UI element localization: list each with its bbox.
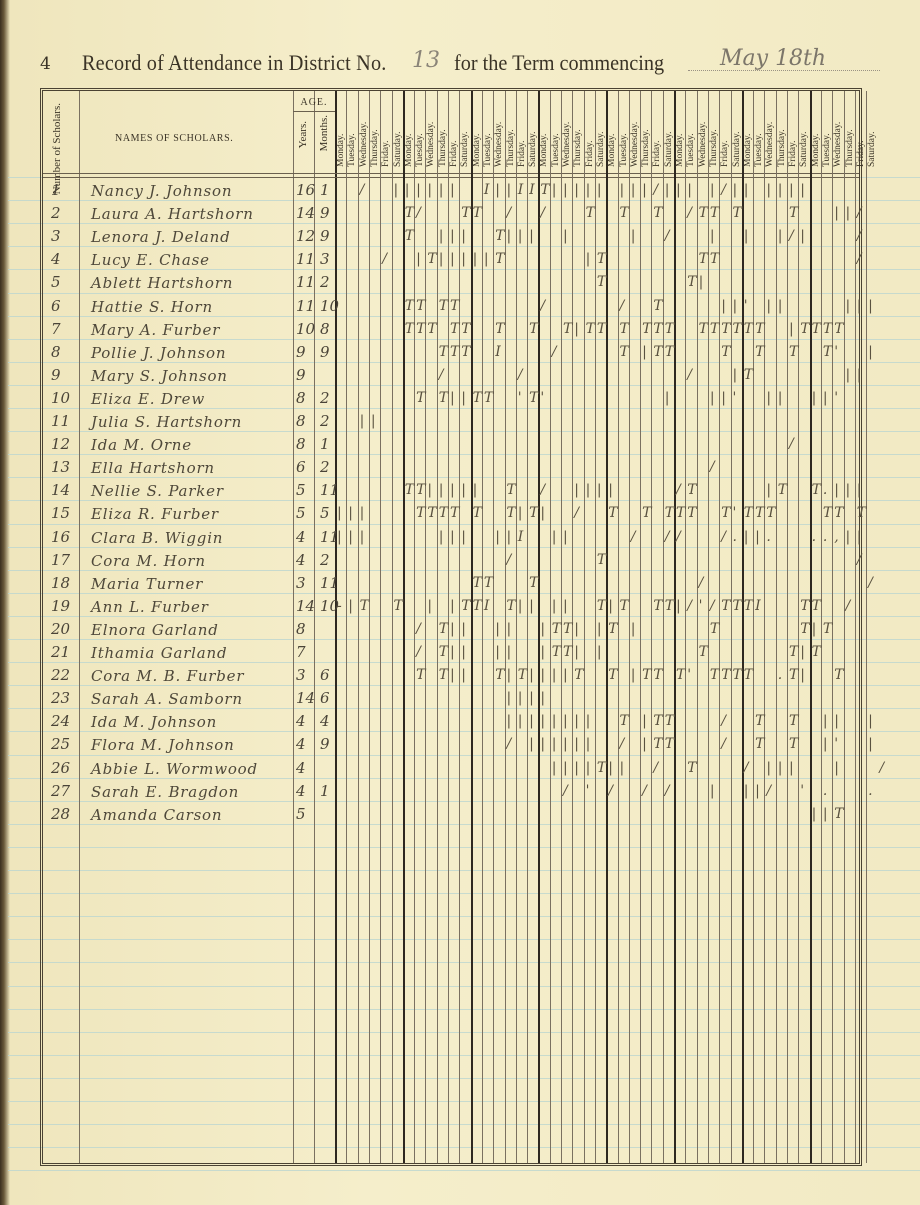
- age-years: 14: [296, 689, 315, 707]
- attendance-mark: /: [507, 205, 512, 221]
- scholar-name: Laura A. Hartshorn: [91, 205, 254, 223]
- scholar-number: 7: [51, 320, 61, 338]
- attendance-mark: T: [507, 505, 516, 521]
- scholar-number: 25: [51, 735, 70, 753]
- attendance-mark: |: [552, 529, 557, 545]
- attendance-mark: T: [495, 321, 504, 337]
- attendance-mark: T: [586, 321, 595, 337]
- attendance-mark: /: [665, 783, 670, 799]
- attendance-mark: |: [529, 690, 534, 706]
- age-years: 5: [296, 504, 306, 522]
- attendance-mark: |: [755, 529, 760, 545]
- attendance-mark: |: [676, 182, 681, 198]
- attendance-mark: T: [620, 344, 629, 360]
- scholar-name: Sarah A. Samborn: [91, 690, 243, 708]
- attendance-mark: T: [405, 482, 414, 498]
- attendance-mark: |: [461, 228, 466, 244]
- attendance-mark: |: [766, 182, 771, 198]
- attendance-mark: |: [563, 598, 568, 614]
- attendance-mark: |: [608, 760, 613, 776]
- attendance-mark: T: [744, 667, 753, 683]
- attendance-mark: T: [439, 344, 448, 360]
- attendance-mark: /: [439, 367, 444, 383]
- attendance-mark: T: [733, 321, 742, 337]
- attendance-mark: T: [597, 552, 606, 568]
- attendance-mark: T: [473, 598, 482, 614]
- attendance-mark: |: [450, 390, 455, 406]
- scholar-name: Elnora Garland: [91, 621, 219, 639]
- attendance-mark: T: [653, 205, 662, 221]
- attendance-mark: T: [439, 298, 448, 314]
- attendance-mark: T: [529, 575, 538, 591]
- attendance-mark: /: [857, 205, 862, 221]
- attendance-mark: |: [778, 182, 783, 198]
- attendance-mark: |: [574, 321, 579, 337]
- attendance-mark: /: [507, 552, 512, 568]
- attendance-mark: I: [529, 182, 535, 198]
- attendance-mark: |: [450, 182, 455, 198]
- attendance-mark: T: [710, 205, 719, 221]
- attendance-mark: .: [733, 529, 737, 545]
- attendance-mark: T: [563, 321, 572, 337]
- attendance-mark: T: [484, 390, 493, 406]
- age-months: 3: [320, 250, 330, 268]
- attendance-mark: |: [846, 205, 851, 221]
- attendance-mark: |: [846, 367, 851, 383]
- attendance-mark: |: [416, 251, 421, 267]
- attendance-mark: |: [846, 298, 851, 314]
- attendance-mark: /: [620, 736, 625, 752]
- header-day-friday: Friday.: [788, 97, 798, 167]
- attendance-mark: T: [834, 505, 843, 521]
- attendance-mark: T: [518, 667, 527, 683]
- attendance-mark: |: [540, 644, 545, 660]
- attendance-mark: |: [337, 529, 342, 545]
- attendance-mark: T: [687, 274, 696, 290]
- attendance-mark: T: [687, 760, 696, 776]
- attendance-mark: T: [473, 205, 482, 221]
- attendance-mark: |: [574, 736, 579, 752]
- attendance-mark: |: [823, 806, 828, 822]
- age-years: 11: [296, 250, 315, 268]
- attendance-mark: |: [755, 783, 760, 799]
- age-months: 1: [320, 435, 330, 453]
- attendance-mark: |: [461, 390, 466, 406]
- attendance-mark: /: [631, 529, 636, 545]
- scholar-number: 21: [51, 643, 70, 661]
- header-day-saturday: Saturday.: [393, 97, 403, 167]
- attendance-mark: T: [766, 505, 775, 521]
- attendance-mark: T: [789, 667, 798, 683]
- header-day-monday: Monday.: [404, 97, 414, 167]
- header-day-tuesday: Tuesday.: [822, 97, 832, 167]
- attendance-mark: I: [495, 344, 501, 360]
- attendance-mark: |: [586, 482, 591, 498]
- scholar-number: 19: [51, 597, 70, 615]
- attendance-mark: T: [687, 505, 696, 521]
- attendance-mark: /: [608, 783, 613, 799]
- attendance-mark: |: [518, 228, 523, 244]
- attendance-mark: T: [620, 598, 629, 614]
- attendance-mark: .: [766, 529, 770, 545]
- attendance-mark: T: [416, 321, 425, 337]
- attendance-mark: ': [733, 390, 737, 406]
- attendance-mark: T: [507, 482, 516, 498]
- scholar-row: 7Mary A. Furber108TTTTTTTT|TTTTTTTTTTTT|…: [43, 320, 859, 343]
- attendance-mark: /: [540, 298, 545, 314]
- scholar-number: 13: [51, 458, 70, 476]
- attendance-mark: |: [586, 251, 591, 267]
- attendance-mark: T: [461, 598, 470, 614]
- attendance-mark: T: [608, 667, 617, 683]
- attendance-mark: |: [631, 228, 636, 244]
- scholar-row: 16Clara B. Wiggin411||||||||I||////.||..…: [43, 528, 859, 551]
- attendance-mark: T: [676, 667, 685, 683]
- header-day-thursday: Thursday.: [709, 97, 719, 167]
- scholar-name: Lucy E. Chase: [91, 251, 210, 269]
- attendance-mark: |: [427, 182, 432, 198]
- attendance-mark: |: [461, 644, 466, 660]
- scholar-name: Ann L. Furber: [91, 598, 209, 616]
- attendance-mark: |: [507, 644, 512, 660]
- attendance-mark: T: [473, 505, 482, 521]
- header-day-thursday: Thursday.: [573, 97, 583, 167]
- attendance-mark: |: [529, 713, 534, 729]
- attendance-mark: |: [608, 598, 613, 614]
- scholar-number: 5: [51, 273, 61, 291]
- attendance-mark: /: [879, 760, 884, 776]
- attendance-mark: |: [857, 298, 862, 314]
- scholar-name: Nellie S. Parker: [91, 482, 224, 500]
- attendance-mark: T: [653, 321, 662, 337]
- attendance-mark: |: [597, 182, 602, 198]
- attendance-mark: T: [823, 505, 832, 521]
- attendance-mark: T: [484, 575, 493, 591]
- attendance-mark: T: [744, 367, 753, 383]
- attendance-mark: .: [823, 783, 827, 799]
- scholar-number: 9: [51, 366, 61, 384]
- age-years: 9: [296, 366, 306, 384]
- attendance-mark: |: [812, 621, 817, 637]
- attendance-mark: |: [710, 390, 715, 406]
- attendance-mark: |: [597, 621, 602, 637]
- attendance-mark: |: [473, 251, 478, 267]
- attendance-mark: T: [495, 251, 504, 267]
- scholar-number: 20: [51, 620, 70, 638]
- header-day-friday: Friday.: [517, 97, 527, 167]
- attendance-mark: |: [439, 182, 444, 198]
- scholar-row: 9Mary S. Johnson9///|T||: [43, 366, 859, 389]
- attendance-mark: |: [812, 390, 817, 406]
- age-years: 14: [296, 597, 315, 615]
- attendance-mark: /: [857, 251, 862, 267]
- header-day-thursday: Thursday.: [845, 97, 855, 167]
- age-months: 2: [320, 458, 330, 476]
- attendance-mark: |: [608, 482, 613, 498]
- header-day-wednesday: Wednesday.: [494, 97, 504, 167]
- scholar-number: 24: [51, 712, 70, 730]
- attendance-mark: T: [823, 621, 832, 637]
- attendance-mark: T: [733, 205, 742, 221]
- header-day-friday: Friday.: [449, 97, 459, 167]
- attendance-mark: /: [789, 436, 794, 452]
- age-years: 7: [296, 643, 306, 661]
- attendance-mark: T: [360, 598, 369, 614]
- attendance-mark: |: [642, 182, 647, 198]
- attendance-mark: .: [778, 667, 782, 683]
- attendance-mark: |: [563, 667, 568, 683]
- attendance-mark: |: [834, 713, 839, 729]
- header-day-thursday: Thursday.: [438, 97, 448, 167]
- attendance-mark: T: [507, 598, 516, 614]
- attendance-mark: |: [563, 529, 568, 545]
- attendance-mark: /: [416, 621, 421, 637]
- attendance-mark: .: [823, 529, 827, 545]
- attendance-mark: T: [710, 251, 719, 267]
- attendance-mark: |: [507, 667, 512, 683]
- ledger-page: 4 Record of Attendance in District No. 1…: [0, 0, 920, 1205]
- age-years: 8: [296, 620, 306, 638]
- attendance-mark: |: [439, 228, 444, 244]
- age-years: 5: [296, 805, 306, 823]
- attendance-mark: T: [439, 505, 448, 521]
- attendance-mark: T: [529, 505, 538, 521]
- district-number: 13: [412, 48, 440, 73]
- attendance-mark: |: [405, 182, 410, 198]
- age-years: 4: [296, 528, 306, 546]
- attendance-mark: /: [721, 529, 726, 545]
- scholar-number: 26: [51, 759, 70, 777]
- header-day-wednesday: Wednesday.: [833, 97, 843, 167]
- attendance-mark: |: [552, 713, 557, 729]
- age-months: 10: [320, 297, 339, 315]
- attendance-mark: |: [552, 760, 557, 776]
- scholar-number: 8: [51, 343, 61, 361]
- header-day-tuesday: Tuesday.: [551, 97, 561, 167]
- age-years: 3: [296, 574, 306, 592]
- attendance-mark: ': [699, 598, 703, 614]
- attendance-mark: -: [337, 598, 342, 614]
- scholar-row: 3Lenora J. Deland129T|||T|||||/|||/|/: [43, 227, 859, 250]
- attendance-mark: .: [868, 783, 872, 799]
- attendance-mark: |: [586, 182, 591, 198]
- attendance-mark: /: [676, 529, 681, 545]
- attendance-mark: |: [427, 482, 432, 498]
- attendance-mark: |: [687, 182, 692, 198]
- attendance-mark: T: [439, 621, 448, 637]
- attendance-mark: |: [360, 413, 365, 429]
- header-day-friday: Friday.: [585, 97, 595, 167]
- term-start-date: May 18th: [720, 46, 826, 71]
- age-months: 6: [320, 689, 330, 707]
- attendance-mark: |: [394, 182, 399, 198]
- attendance-mark: |: [823, 390, 828, 406]
- attendance-mark: |: [518, 505, 523, 521]
- attendance-mark: |: [461, 667, 466, 683]
- divider: [293, 111, 335, 112]
- attendance-mark: /: [766, 783, 771, 799]
- attendance-mark: |: [766, 390, 771, 406]
- attendance-mark: T: [778, 482, 787, 498]
- scholar-name: Ella Hartshorn: [91, 459, 215, 477]
- attendance-mark: |: [778, 228, 783, 244]
- attendance-mark: I: [518, 529, 524, 545]
- attendance-mark: T: [416, 482, 425, 498]
- attendance-mark: T: [495, 228, 504, 244]
- scholar-name: Maria Turner: [91, 575, 203, 593]
- scholar-row: 22Cora M. B. Furber36TT||T|T||||TT|TTT'T…: [43, 666, 859, 689]
- header-day-tuesday: Tuesday.: [347, 97, 357, 167]
- scholar-row: 23Sarah A. Samborn146||||: [43, 689, 859, 712]
- attendance-mark: |: [540, 505, 545, 521]
- attendance-mark: T: [450, 321, 459, 337]
- attendance-mark: T: [597, 598, 606, 614]
- attendance-mark: T: [642, 667, 651, 683]
- age-years: 8: [296, 412, 306, 430]
- age-months: 2: [320, 412, 330, 430]
- attendance-mark: |: [676, 598, 681, 614]
- header-day-friday: Friday.: [856, 97, 866, 167]
- attendance-mark: |: [597, 482, 602, 498]
- scholar-row: 27Sarah E. Bragdon41/'///|||/'..: [43, 782, 859, 805]
- attendance-mark: /: [416, 644, 421, 660]
- attendance-mark: T: [687, 482, 696, 498]
- attendance-mark: ': [733, 505, 737, 521]
- scholar-row: 18Maria Turner311TTT//: [43, 574, 859, 597]
- attendance-mark: T: [608, 621, 617, 637]
- attendance-mark: |: [518, 690, 523, 706]
- attendance-mark: T: [597, 760, 606, 776]
- scholar-name: Abbie L. Wormwood: [91, 760, 258, 778]
- attendance-mark: |: [450, 482, 455, 498]
- attendance-mark: I: [484, 182, 490, 198]
- attendance-mark: |: [778, 298, 783, 314]
- scholar-row: 5Ablett Hartshorn112TT|: [43, 273, 859, 296]
- attendance-mark: T: [450, 298, 459, 314]
- age-years: 3: [296, 666, 306, 684]
- attendance-mark: |: [642, 344, 647, 360]
- scholar-row: 6Hattie S. Horn1110TTTT//T||'|||||: [43, 297, 859, 320]
- scholar-name: Flora M. Johnson: [91, 736, 235, 754]
- scholar-number: 28: [51, 805, 70, 823]
- scholar-row: 13Ella Hartshorn62/: [43, 458, 859, 481]
- attendance-mark: /: [416, 205, 421, 221]
- attendance-mark: /: [507, 736, 512, 752]
- attendance-mark: |: [563, 228, 568, 244]
- attendance-mark: |: [789, 321, 794, 337]
- attendance-mark: ': [800, 783, 804, 799]
- attendance-mark: /: [552, 344, 557, 360]
- attendance-mark: T: [721, 505, 730, 521]
- attendance-mark: T: [834, 321, 843, 337]
- age-months: 11: [320, 574, 339, 592]
- attendance-mark: T: [427, 505, 436, 521]
- attendance-mark: I: [484, 598, 490, 614]
- age-months: 9: [320, 343, 330, 361]
- ruled-line: [8, 1170, 920, 1171]
- header-day-thursday: Thursday.: [777, 97, 787, 167]
- scholar-name: Ida M. Johnson: [91, 713, 217, 731]
- attendance-mark: ': [518, 390, 522, 406]
- attendance-mark: |: [789, 760, 794, 776]
- scholar-name: Mary S. Johnson: [91, 367, 228, 385]
- attendance-mark: |: [552, 667, 557, 683]
- attendance-mark: |: [823, 736, 828, 752]
- attendance-mark: |: [507, 621, 512, 637]
- attendance-mark: T: [427, 321, 436, 337]
- attendance-mark: |: [846, 482, 851, 498]
- attendance-mark: T: [405, 228, 414, 244]
- attendance-mark: T: [495, 667, 504, 683]
- attendance-mark: |: [868, 713, 873, 729]
- header-years: Years.: [297, 121, 309, 148]
- age-years: 9: [296, 343, 306, 361]
- attendance-mark: T: [653, 713, 662, 729]
- attendance-mark: |: [710, 182, 715, 198]
- attendance-mark: |: [699, 274, 704, 290]
- attendance-mark: T: [812, 598, 821, 614]
- header-day-wednesday: Wednesday.: [698, 97, 708, 167]
- attendance-mark: .: [823, 482, 827, 498]
- attendance-mark: T: [620, 321, 629, 337]
- age-years: 4: [296, 712, 306, 730]
- attendance-mark: |: [529, 598, 534, 614]
- attendance-mark: T: [755, 736, 764, 752]
- header-day-monday: Monday.: [336, 97, 346, 167]
- attendance-mark: /: [540, 205, 545, 221]
- attendance-mark: |: [337, 505, 342, 521]
- attendance-mark: T: [642, 505, 651, 521]
- attendance-mark: T: [642, 321, 651, 337]
- age-months: 2: [320, 273, 330, 291]
- attendance-mark: |: [450, 529, 455, 545]
- attendance-mark: |: [540, 736, 545, 752]
- attendance-mark: /: [653, 760, 658, 776]
- attendance-mark: |: [563, 182, 568, 198]
- attendance-mark: |: [721, 390, 726, 406]
- attendance-mark: /: [687, 367, 692, 383]
- attendance-mark: /: [360, 182, 365, 198]
- age-years: 4: [296, 735, 306, 753]
- header-day-monday: Monday.: [675, 97, 685, 167]
- attendance-mark: T: [473, 390, 482, 406]
- attendance-table: Number of Scholars. NAMES OF SCHOLARS. A…: [40, 88, 862, 1166]
- scholar-row: 21Ithamia Garland7/T|||||TT||TT|T: [43, 643, 859, 666]
- attendance-mark: T: [653, 344, 662, 360]
- attendance-mark: |: [800, 228, 805, 244]
- attendance-mark: /: [653, 182, 658, 198]
- attendance-mark: /: [665, 529, 670, 545]
- attendance-mark: T: [834, 667, 843, 683]
- attendance-mark: |: [642, 736, 647, 752]
- attendance-mark: T: [405, 321, 414, 337]
- attendance-mark: |: [461, 621, 466, 637]
- attendance-mark: |: [450, 644, 455, 660]
- attendance-mark: |: [518, 713, 523, 729]
- header-day-tuesday: Tuesday.: [686, 97, 696, 167]
- attendance-mark: |: [710, 783, 715, 799]
- attendance-mark: /: [642, 783, 647, 799]
- attendance-mark: T: [710, 321, 719, 337]
- attendance-mark: ,: [834, 529, 838, 545]
- attendance-mark: T: [529, 390, 538, 406]
- attendance-mark: T: [427, 251, 436, 267]
- attendance-mark: T: [529, 321, 538, 337]
- attendance-mark: T: [733, 598, 742, 614]
- scholar-name: Julia S. Hartshorn: [91, 413, 242, 431]
- attendance-mark: T: [665, 344, 674, 360]
- header-day-wednesday: Wednesday.: [562, 97, 572, 167]
